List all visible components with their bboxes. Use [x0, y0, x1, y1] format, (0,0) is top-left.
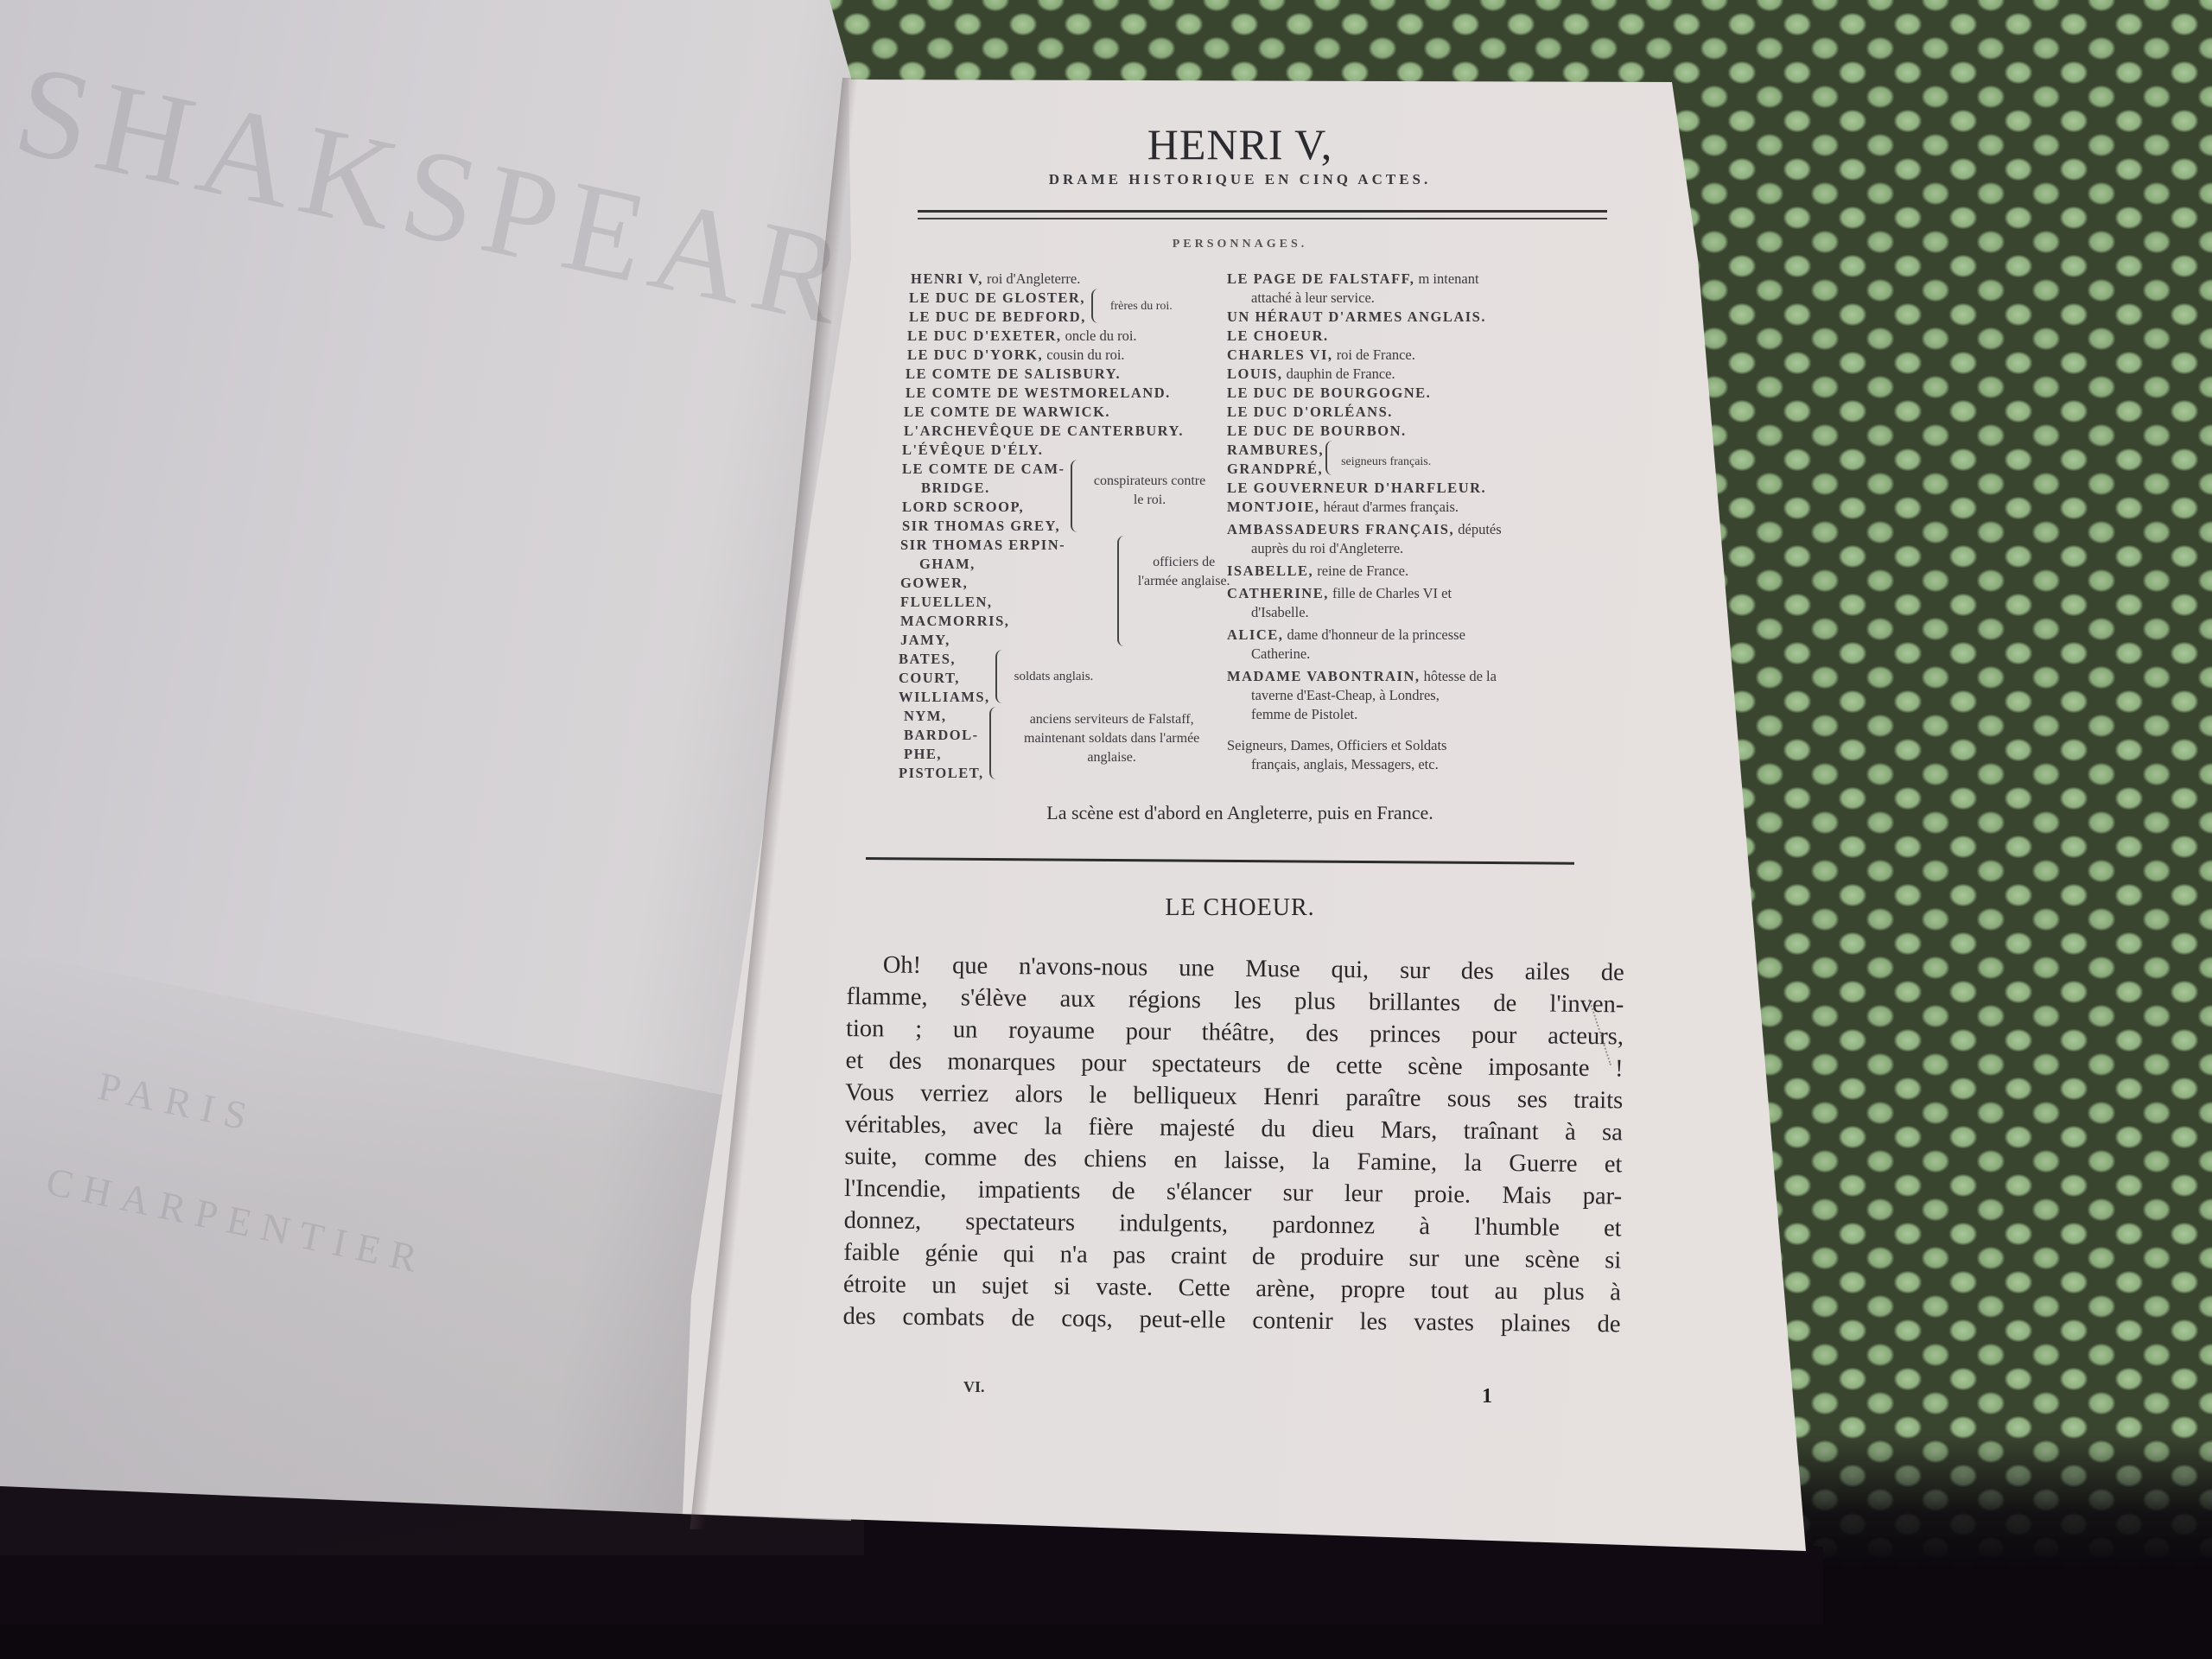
cast-entry-continuation: taverne d'East-Cheap, à Londres,	[1227, 686, 1590, 705]
cast-group-soldiers: BATES, COURT, WILLIAMS, soldats anglais.	[899, 650, 1236, 707]
cast-entry: LE DUC D'YORK, cousin du roi.	[899, 346, 1236, 365]
cast-entry-continuation: d'Isabelle.	[1227, 603, 1590, 622]
play-subtitle: DRAME HISTORIQUE EN CINQ ACTES.	[864, 171, 1616, 188]
brace-icon	[1325, 441, 1339, 475]
page-number: 1	[1482, 1385, 1492, 1408]
brace-icon	[1071, 460, 1084, 532]
cast-entry-continuation: femme de Pistolet.	[1227, 705, 1590, 724]
personnages-heading: PERSONNAGES.	[864, 238, 1616, 251]
cast-group-brothers: LE DUC DE GLOSTER, LE DUC DE BEDFORD, fr…	[899, 289, 1236, 327]
cast-group-officers: SIR THOMAS ERPIN- GHAM, GOWER, FLUELLEN,…	[899, 536, 1236, 650]
brace-icon	[995, 650, 1009, 703]
double-rule-divider	[918, 210, 1607, 219]
brace-icon	[989, 707, 1003, 779]
cast-entry: LE COMTE DE WARWICK.	[899, 403, 1236, 422]
cast-entry: CHARLES VI, roi de France.	[1227, 346, 1590, 365]
cast-entry: L'ÉVÊQUE D'ÉLY.	[899, 441, 1236, 460]
brace-icon	[1091, 289, 1105, 323]
cast-list-right: LE PAGE DE FALSTAFF, m intenant attaché …	[1227, 270, 1590, 774]
stage-direction: La scène est d'abord en Angleterre, puis…	[864, 802, 1616, 824]
cast-entry: LE GOUVERNEUR D'HARFLEUR.	[1227, 479, 1590, 498]
cast-entry: LE DUC D'ORLÉANS.	[1227, 403, 1590, 422]
brace-icon	[1117, 536, 1131, 646]
cast-entry-continuation: Catherine.	[1227, 645, 1590, 664]
play-title: HENRI V,	[864, 119, 1616, 169]
single-rule-divider	[866, 857, 1574, 865]
cast-entry: ISABELLE, reine de France.	[1227, 562, 1590, 581]
cast-entry: L'ARCHEVÊQUE DE CANTERBURY.	[899, 422, 1236, 441]
cast-entry: HENRI V, roi d'Angleterre.	[899, 270, 1236, 289]
cast-entry: LOUIS, dauphin de France.	[1227, 365, 1590, 384]
cast-entry: LE DUC DE BOURGOGNE.	[1227, 384, 1590, 403]
cast-entry-extras: Seigneurs, Dames, Officiers et Soldats	[1227, 736, 1590, 755]
chorus-heading: LE CHOEUR.	[864, 894, 1616, 922]
cast-entry: LE COMTE DE SALISBURY.	[899, 365, 1236, 384]
cast-group-falstaff-servants: NYM, BARDOL- PHE, PISTOLET, anciens serv…	[899, 707, 1236, 783]
cast-entry: UN HÉRAUT D'ARMES ANGLAIS.	[1227, 308, 1590, 327]
cast-entry: LE DUC DE BOURBON.	[1227, 422, 1590, 441]
cast-group-french-lords: RAMBURES, GRANDPRÉ, seigneurs français.	[1227, 441, 1590, 479]
cast-entry: LE DUC D'EXETER, oncle du roi.	[899, 327, 1236, 346]
cast-entry: LE CHOEUR.	[1227, 327, 1590, 346]
cast-entry: LE COMTE DE WESTMORELAND.	[899, 384, 1236, 403]
cast-entry: CATHERINE, fille de Charles VI et	[1227, 584, 1590, 603]
signature-mark: VI.	[963, 1378, 985, 1396]
cast-entry-continuation: auprès du roi d'Angleterre.	[1227, 539, 1590, 558]
cast-entry: MADAME VABONTRAIN, hôtesse de la	[1227, 667, 1590, 686]
right-page-content: HENRI V, DRAME HISTORIQUE EN CINQ ACTES.…	[864, 0, 1642, 1521]
cast-entry: AMBASSADEURS FRANÇAIS, députés	[1227, 520, 1590, 539]
cast-entry: MONTJOIE, héraut d'armes français.	[1227, 498, 1590, 517]
cast-list-left: HENRI V, roi d'Angleterre. LE DUC DE GLO…	[899, 270, 1236, 783]
cast-entry: LE PAGE DE FALSTAFF, m intenant	[1227, 270, 1590, 289]
cast-entry: ALICE, dame d'honneur de la princesse	[1227, 626, 1590, 645]
cast-group-conspirators: LE COMTE DE CAM- BRIDGE. LORD SCROOP, SI…	[899, 460, 1236, 536]
chorus-prologue-text: Oh! que n'avons-nous une Muse qui, sur d…	[842, 949, 1624, 1340]
cast-entry-continuation: français, anglais, Messagers, etc.	[1227, 755, 1590, 774]
cast-entry-continuation: attaché à leur service.	[1227, 289, 1590, 308]
